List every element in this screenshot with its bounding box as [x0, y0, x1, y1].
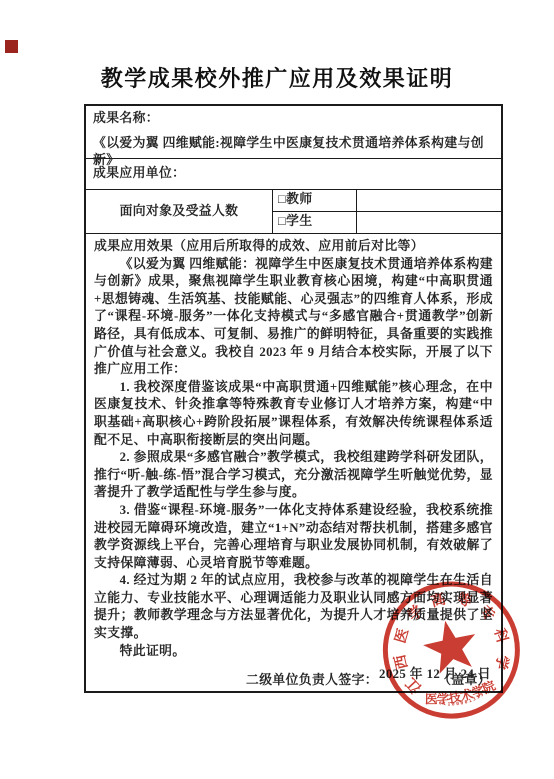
student-label: 学生 [286, 213, 312, 231]
audience-count-column [357, 190, 501, 233]
scanned-certificate-page: 教学成果校外推广应用及效果证明 成果名称： 《以爱为翼 四维赋能:视障学生中医康… [0, 0, 554, 779]
audience-checkbox-column: □教师 □学生 [273, 190, 357, 233]
achievement-name-row: 成果名称： 《以爱为翼 四维赋能:视障学生中医康复技术贯通培养体系构建与创新》 [86, 106, 501, 159]
closing-statement: 特此证明。 [94, 643, 493, 661]
checkbox-icon: □ [278, 213, 286, 231]
student-checkbox-cell: □学生 [273, 212, 356, 234]
date-line: 2025 年 12 月 24 日 [94, 666, 491, 684]
teacher-label: 教师 [286, 191, 312, 209]
scan-corner-artifact [5, 40, 18, 53]
applying-unit-label: 成果应用单位： [93, 165, 185, 183]
effect-paragraph-intro: 《以爱为翼 四维赋能：视障学生中医康复技术贯通培养体系构建与创新》成果，聚焦视障… [94, 256, 493, 379]
applying-unit-row: 成果应用单位： [86, 159, 501, 190]
certificate-form-table: 成果名称： 《以爱为翼 四维赋能:视障学生中医康复技术贯通培养体系构建与创新》 … [84, 104, 503, 693]
checkbox-icon: □ [278, 191, 286, 209]
effect-section: 成果应用效果（应用后所取得的成效、应用前后对比等） 《以爱为翼 四维赋能：视障学… [86, 234, 501, 688]
teacher-checkbox-cell: □教师 [273, 190, 356, 212]
effect-paragraph-1: 1. 我校深度借鉴该成果“中高职贯通+四维赋能”核心理念，在中医康复技术、针灸推… [94, 379, 493, 449]
audience-row: 面向对象及受益人数 □教师 □学生 [86, 190, 501, 234]
effect-paragraph-4: 4. 经过为期 2 年的试点应用，我校参与改革的视障学生在生活自立能力、专业技能… [94, 572, 493, 642]
achievement-name-label: 成果名称： [93, 110, 494, 128]
teacher-count-cell [357, 190, 501, 212]
audience-label: 面向对象及受益人数 [86, 190, 273, 233]
document-title: 教学成果校外推广应用及效果证明 [0, 62, 554, 93]
effect-paragraph-3: 3. 借鉴“课程-环境-服务”一体化支持体系建设经验，我校系统推进校园无障碍环境… [94, 502, 493, 572]
student-count-cell [357, 212, 501, 234]
effect-header: 成果应用效果（应用后所取得的成效、应用前后对比等） [94, 238, 493, 256]
effect-paragraph-2: 2. 参照成果“多感官融合”教学模式，我校组建跨学科研发团队，推行“听-触-练-… [94, 449, 493, 502]
